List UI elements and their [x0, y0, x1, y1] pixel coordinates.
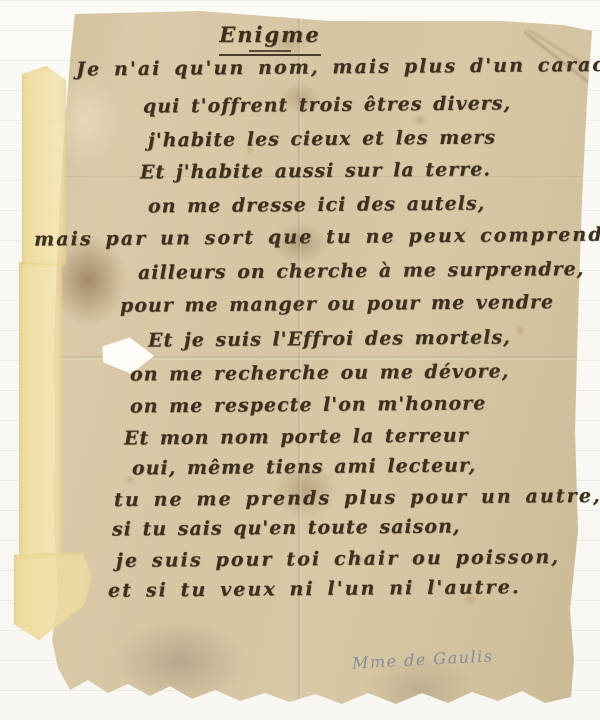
poem-line: on me recherche ou me dévore, [130, 360, 509, 385]
poem-line: si tu sais qu'en toute saison, [112, 515, 461, 540]
poem-title-text: Enigme [219, 22, 321, 56]
poem-line: j'habite les cieux et les mers [148, 126, 496, 151]
poem-line: Et mon nom porte la terreur [124, 424, 469, 449]
poem-text: Enigme Je n'ai qu'un nom, mais plus d'un… [0, 0, 600, 720]
poem-line: qui t'offrent trois êtres divers, [143, 92, 511, 117]
poem-line: je suis pour toi chair ou poisson, [116, 546, 560, 572]
poem-title: Enigme [180, 22, 360, 56]
poem-line: mais par un sort que tu ne peux comprend… [34, 223, 600, 250]
photo-scene: Enigme Je n'ai qu'un nom, mais plus d'un… [0, 0, 600, 720]
poem-line: Et je suis l'Effroi des mortels, [148, 326, 511, 351]
poem-line: et si tu veux ni l'un ni l'autre. [108, 576, 521, 602]
poem-line: on me respecte l'on m'honore [130, 392, 486, 417]
poem-line: tu ne me prends plus pour un autre, [114, 485, 600, 511]
poem-line: Et j'habite aussi sur la terre. [140, 158, 491, 183]
poem-line: Je n'ai qu'un nom, mais plus d'un caract… [76, 53, 600, 80]
poem-line: oui, même tiens ami lecteur, [132, 454, 476, 479]
poem-line: on me dresse ici des autels, [148, 193, 485, 218]
poem-line: pour me manger ou pour me vendre [120, 291, 554, 317]
poem-line: ailleurs on cherche à me surprendre, [138, 258, 584, 284]
signature: Mme de Gaulis [352, 646, 494, 672]
